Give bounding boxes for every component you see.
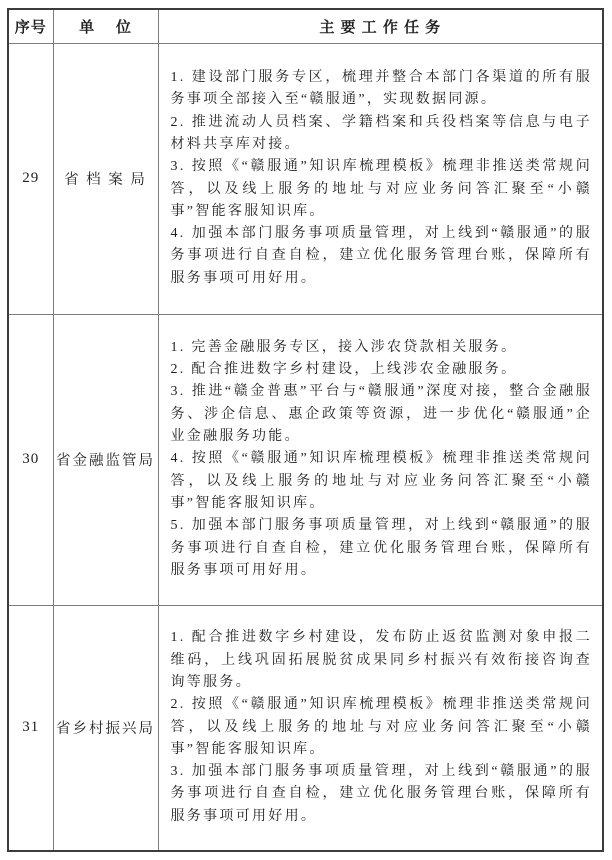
table-row-30: 30 省金融监管局 1. 完善金融服务专区，接入涉农贷款相关服务。 2. 配合推… bbox=[8, 314, 603, 605]
task-item: 4. 加强本部门服务事项质量管理，对上线到“赣服通”的服务事项进行自查自检，建立… bbox=[171, 223, 593, 290]
task-item: 2. 按照《“赣服通”知识库梳理模板》梳理非推送类常规问答，以及线上服务的地址与… bbox=[171, 694, 593, 761]
unit-name: 省 档 案 局 bbox=[53, 43, 158, 314]
task-item: 1. 配合推进数字乡村建设，发布防止返贫监测对象申报二维码，上线巩固拓展脱贫成果… bbox=[171, 627, 593, 694]
task-item: 2. 配合推进数字乡村建设，上线涉农金融服务。 bbox=[171, 359, 593, 381]
serial-number: 30 bbox=[8, 314, 53, 605]
table-row-31: 31 省乡村振兴局 1. 配合推进数字乡村建设，发布防止返贫监测对象申报二维码，… bbox=[8, 605, 603, 851]
task-item: 1. 完善金融服务专区，接入涉农贷款相关服务。 bbox=[171, 337, 593, 359]
table-header-row: 序号 单 位 主 要 工 作 任 务 bbox=[8, 9, 603, 43]
document-page: 序号 单 位 主 要 工 作 任 务 29 省 档 案 局 1. 建设部门服务专… bbox=[0, 0, 612, 860]
task-item: 4. 按照《“赣服通”知识库梳理模板》梳理非推送类常规问答，以及线上服务的地址与… bbox=[171, 448, 593, 515]
unit-name: 省金融监管局 bbox=[53, 314, 158, 605]
task-list: 1. 配合推进数字乡村建设，发布防止返贫监测对象申报二维码，上线巩固拓展脱贫成果… bbox=[158, 605, 603, 851]
task-list: 1. 建设部门服务专区，梳理并整合本部门各渠道的所有服务事项全部接入至“赣服通”… bbox=[158, 43, 603, 314]
task-item: 3. 推进“赣金普惠”平台与“赣服通”深度对接，整合金融服务、涉企信息、惠企政策… bbox=[171, 381, 593, 448]
task-item: 3. 按照《“赣服通”知识库梳理模板》梳理非推送类常规问答，以及线上服务的地址与… bbox=[171, 156, 593, 223]
header-unit: 单 位 bbox=[53, 9, 158, 43]
task-item: 3. 加强本部门服务事项质量管理，对上线到“赣服通”的服务事项进行自查自检，建立… bbox=[171, 761, 593, 828]
task-item: 2. 推进流动人员档案、学籍档案和兵役档案等信息与电子材料共享库对接。 bbox=[171, 112, 593, 157]
task-item: 5. 加强本部门服务事项质量管理，对上线到“赣服通”的服务事项进行自查自检，建立… bbox=[171, 515, 593, 582]
serial-number: 29 bbox=[8, 43, 53, 314]
serial-number: 31 bbox=[8, 605, 53, 851]
task-list: 1. 完善金融服务专区，接入涉农贷款相关服务。 2. 配合推进数字乡村建设，上线… bbox=[158, 314, 603, 605]
work-task-table: 序号 单 位 主 要 工 作 任 务 29 省 档 案 局 1. 建设部门服务专… bbox=[7, 8, 604, 852]
table-row-29: 29 省 档 案 局 1. 建设部门服务专区，梳理并整合本部门各渠道的所有服务事… bbox=[8, 43, 603, 314]
header-main-work-tasks: 主 要 工 作 任 务 bbox=[158, 9, 603, 43]
header-serial-number: 序号 bbox=[8, 9, 53, 43]
unit-name: 省乡村振兴局 bbox=[53, 605, 158, 851]
task-item: 1. 建设部门服务专区，梳理并整合本部门各渠道的所有服务事项全部接入至“赣服通”… bbox=[171, 67, 593, 112]
